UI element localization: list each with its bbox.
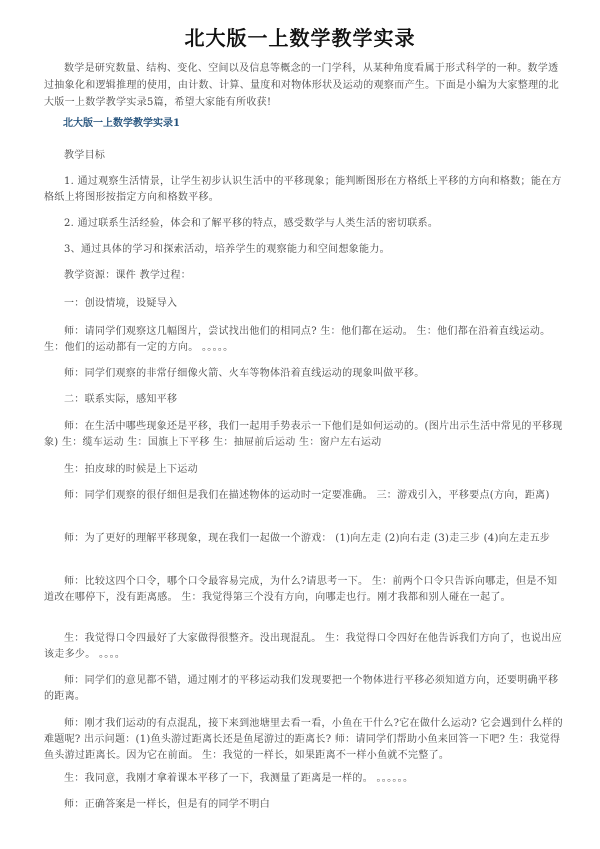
paragraph: 一：创设情境，设疑导入 — [44, 296, 564, 312]
paragraph: 教学资源：课件 教学过程： — [44, 268, 564, 284]
paragraph: 二：联系实际，感知平移 — [44, 392, 564, 408]
paragraph: 生：拍皮球的时候是上下运动 — [44, 462, 564, 478]
paragraph: 师：在生活中哪些现象还是平移，我们一起用手势表示一下他们是如何运动的。(图片出示… — [44, 419, 564, 451]
paragraph: 师：比较这四个口令，哪个口令最容易完成，为什么?请思考一下。 生：前两个口令只告… — [44, 574, 564, 606]
document-title: 北大版一上数学教学实录 — [0, 22, 600, 51]
paragraph: 师：同学们观察的非常仔细像火箭、火车等物体沿着直线运动的现象叫做平移。 — [44, 366, 564, 382]
section-title: 北大版一上数学教学实录1 — [63, 114, 180, 129]
paragraph: 师：同学们观察的很仔细但是我们在描述物体的运动时一定要准确。 三：游戏引入，平移… — [44, 488, 564, 504]
paragraph: 师：同学们的意见都不错，通过刚才的平移运动我们发现要把一个物体进行平移必须知道方… — [44, 673, 564, 705]
intro-paragraph: 数学是研究数量、结构、变化、空间以及信息等概念的一门学科，从某种角度看属于形式科… — [44, 60, 564, 111]
paragraph: 生：我觉得口令四最好了大家做得很整齐。没出现混乱。 生：我觉得口令四好在他告诉我… — [44, 631, 564, 663]
paragraph: 生：我同意，我刚才拿着课本平移了一下，我测量了距离是一样的。 。。。。。。 — [44, 771, 564, 787]
paragraph: 2. 通过联系生活经验，体会和了解平移的特点，感受数学与人类生活的密切联系。 — [44, 216, 564, 232]
paragraph: 3、通过具体的学习和探索活动，培养学生的观察能力和空间想象能力。 — [44, 242, 564, 258]
paragraph: 师：刚才我们运动的有点混乱，接下来到池塘里去看一看，小鱼在干什么?它在做什么运动… — [44, 716, 564, 764]
paragraph: 师：正确答案是一样长，但是有的同学不明白 — [44, 797, 564, 813]
paragraph: 师：为了更好的理解平移现象，现在我们一起做一个游戏： (1)向左走 (2)向右走… — [44, 531, 564, 547]
paragraph: 1. 通过观察生活情景，让学生初步认识生活中的平移现象；能判断图形在方格纸上平移… — [44, 174, 564, 206]
paragraph: 师：请同学们观察这几幅图片，尝试找出他们的相同点? 生：他们都在运动。 生：他们… — [44, 324, 564, 356]
paragraph: 教学目标 — [44, 148, 564, 164]
